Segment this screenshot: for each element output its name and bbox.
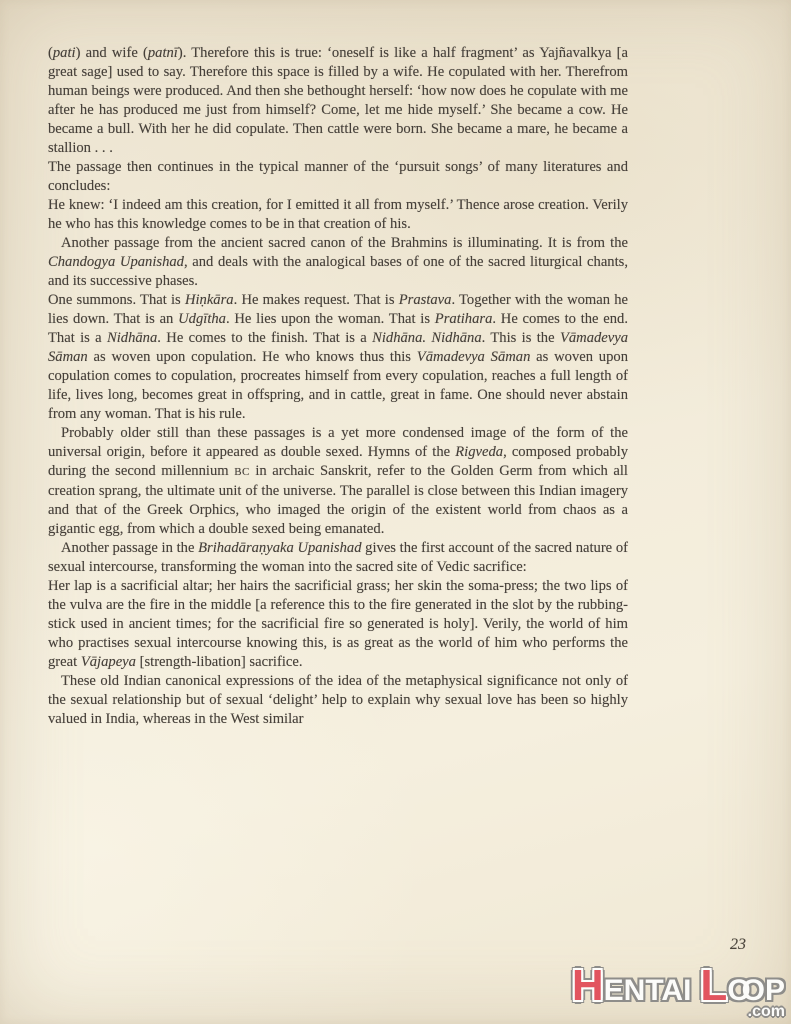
- watermark-letter-h: H: [572, 964, 604, 1008]
- watermark-infinity-oo: OO: [727, 976, 765, 1006]
- watermark-letter-l: L: [700, 964, 727, 1008]
- paragraph-pursuit-songs: The passage then continues in the typica…: [48, 158, 628, 196]
- watermark-letter-p: P: [765, 976, 785, 1006]
- blockquote-he-knew: He knew: ‘I indeed am this creation, for…: [48, 196, 628, 234]
- blockquote-vamadevya-saman: One summons. That is Hiṇkāra. He makes r…: [48, 291, 628, 424]
- paragraph-golden-germ: Probably older still than these passages…: [48, 424, 628, 539]
- paragraph-conclusion: These old Indian canonical expressions o…: [48, 672, 628, 729]
- blockquote-half-fragment: (pati) and wife (patnī). Therefore this …: [48, 44, 628, 158]
- page-number: 23: [730, 936, 746, 954]
- paragraph-brihadaranyaka: Another passage in the Brihadāraṇyaka Up…: [48, 539, 628, 577]
- paragraph-chandogya: Another passage from the ancient sacred …: [48, 234, 628, 291]
- watermark-text-entai: ENTAI: [604, 976, 692, 1006]
- text-column: (pati) and wife (patnī). Therefore this …: [48, 44, 628, 729]
- watermark-dotcom: .com: [748, 1004, 785, 1020]
- blockquote-sacrificial-altar: Her lap is a sacrificial altar; her hair…: [48, 577, 628, 672]
- watermark-hentailoop: HENTAILOOP .com: [572, 964, 785, 1008]
